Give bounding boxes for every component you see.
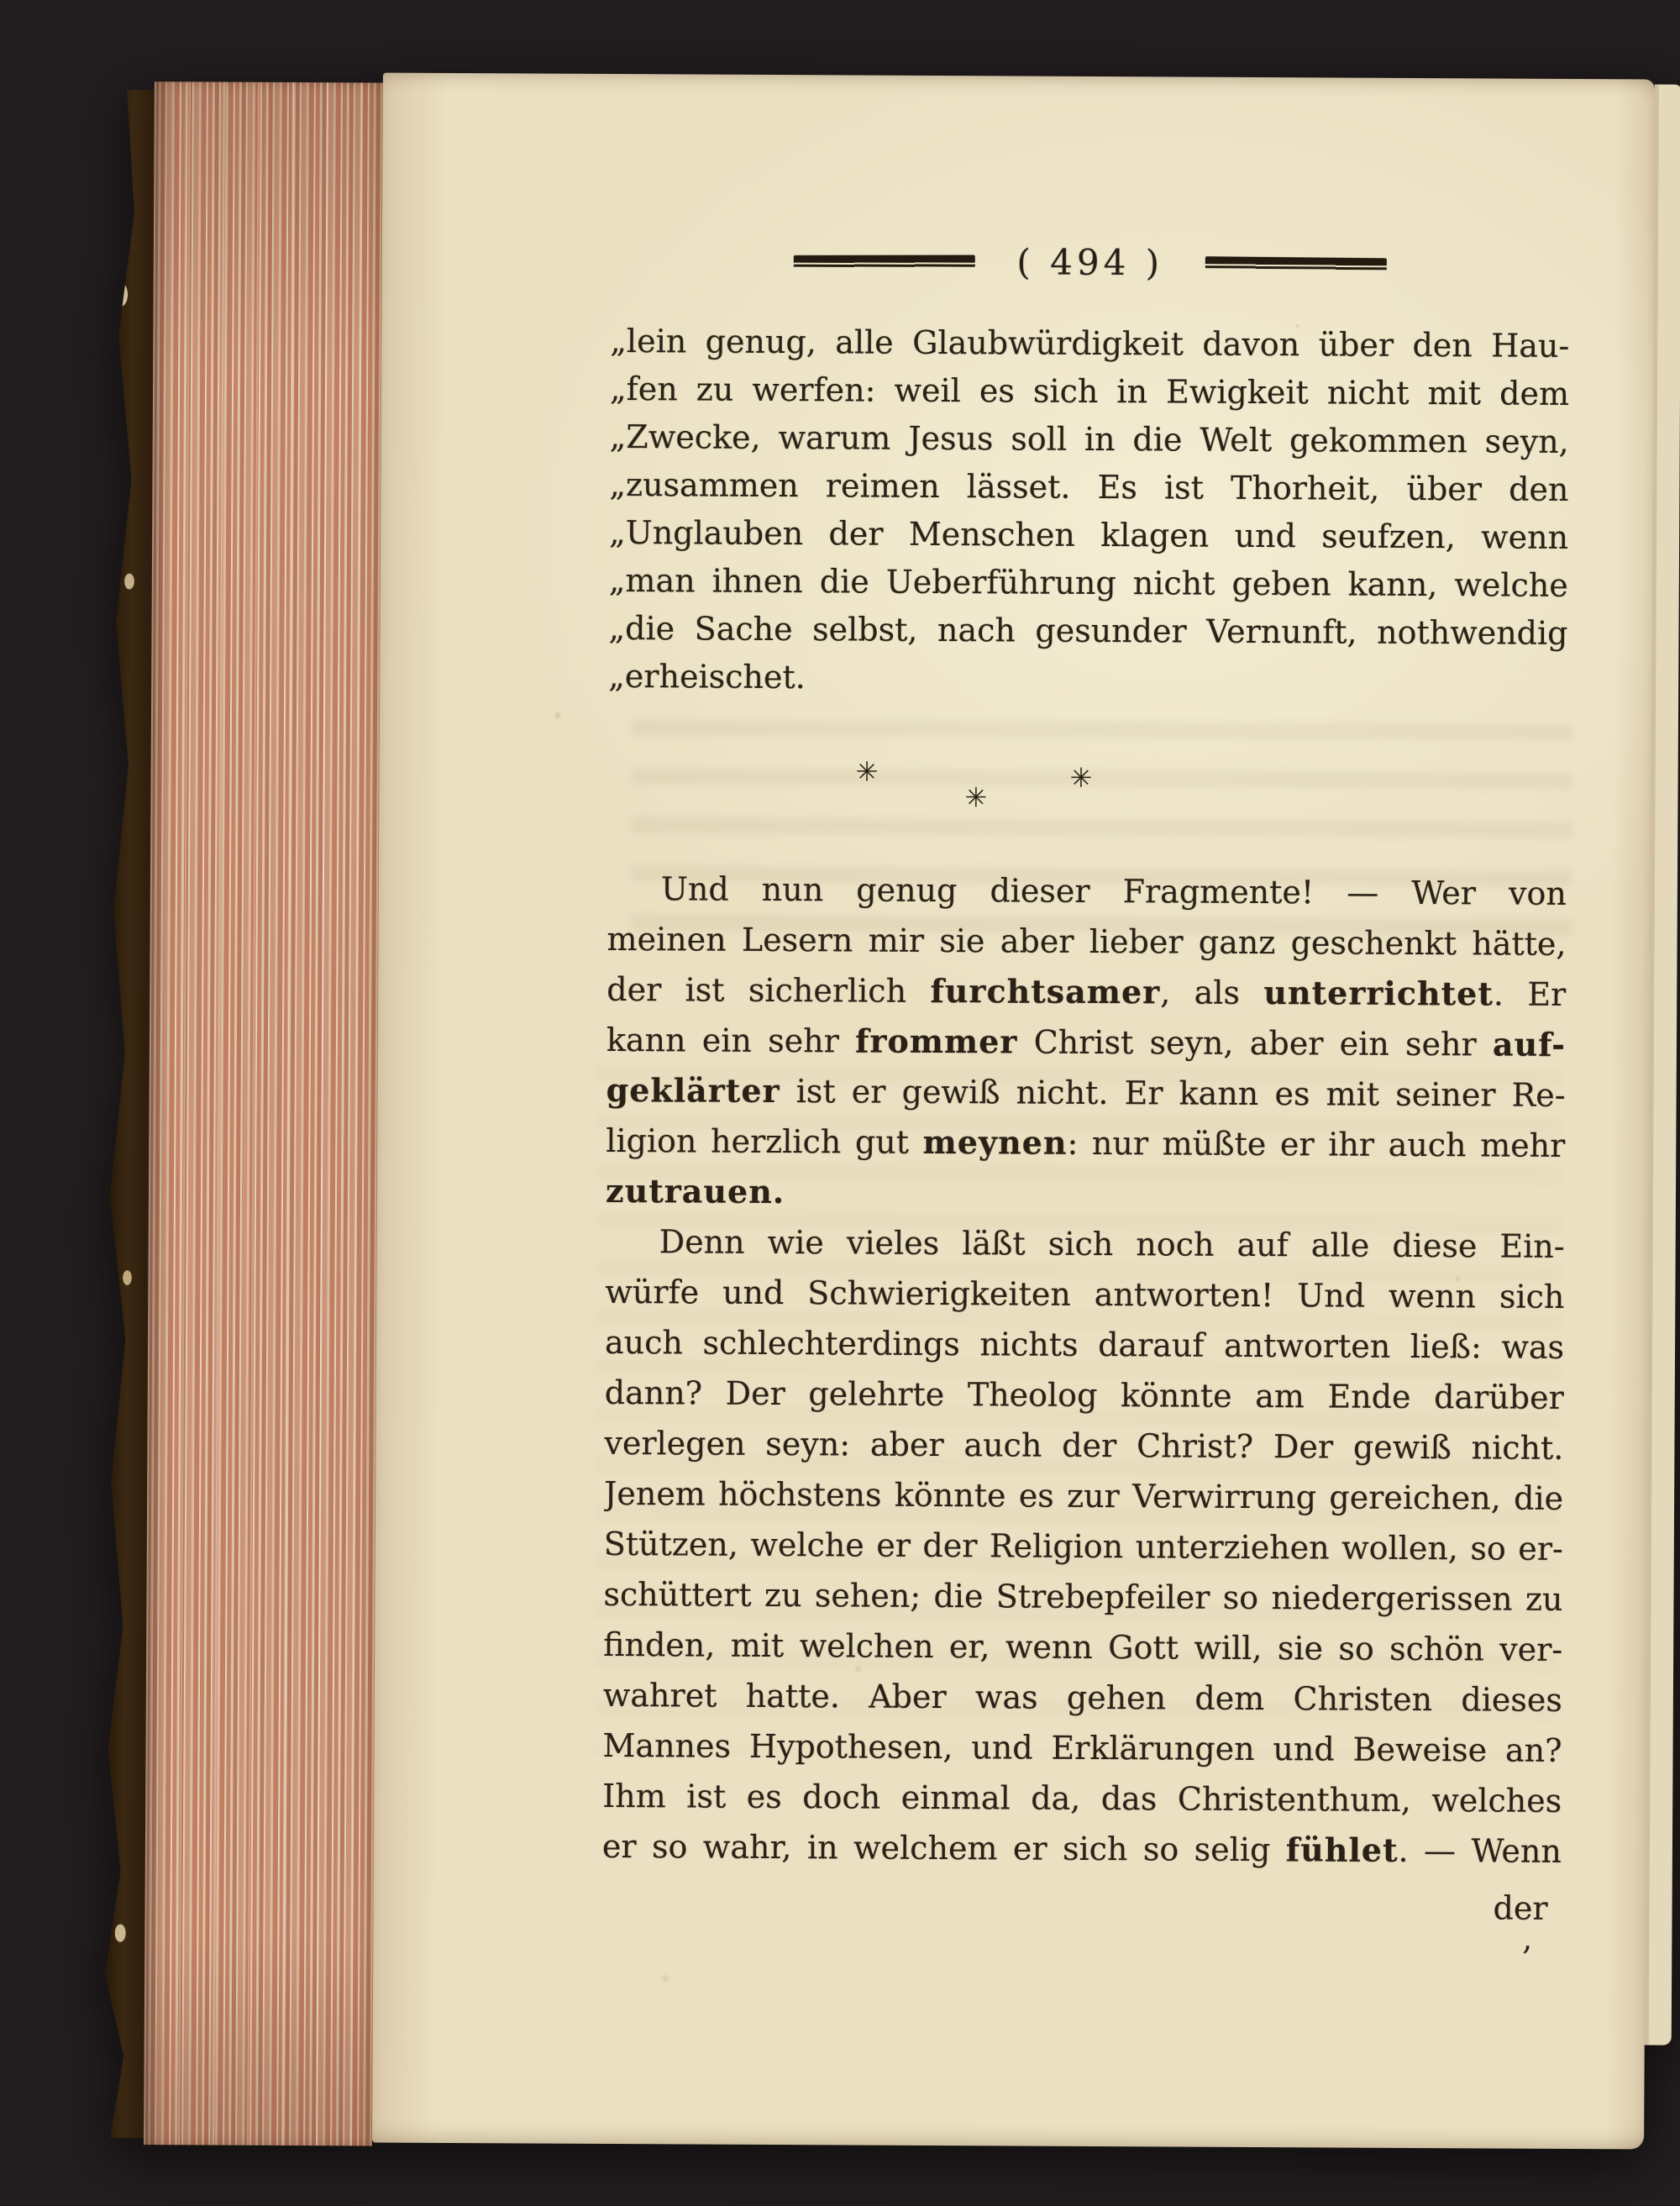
text-segment: auch schlechterdings nichts darauf antwo…: [605, 1324, 1564, 1366]
paragraph: Denn wie vieles läßt sich noch auf alle …: [602, 1216, 1565, 1877]
text-segment: . — Wenn: [1398, 1832, 1562, 1870]
text-line: schüttert zu sehen; die Strebepfeiler so…: [603, 1569, 1562, 1625]
text-line: wahret hatte. Aber was gehen dem Christe…: [603, 1670, 1562, 1725]
red-page-edges: [144, 81, 383, 2146]
text-line: auch schlechterdings nichts darauf antwo…: [605, 1317, 1564, 1373]
text-line: „die Sache selbst, nach gesunder Vernunf…: [608, 605, 1567, 658]
text-line: „lein genug, alle Glaubwürdigkeit davon …: [610, 318, 1569, 370]
text-segment: : nur müßte er ihr auch mehr: [1067, 1125, 1565, 1164]
text-segment: Christ seyn, aber ein sehr: [1017, 1024, 1493, 1064]
text-line: „erheischet.: [608, 653, 1567, 706]
body-paragraphs: Und nun genug dieser Fragmente! — Wer vo…: [602, 864, 1567, 1877]
text-line: „fen zu werfen: weil es sich in Ewigkeit…: [610, 365, 1569, 418]
text-line: „Unglauben der Menschen klagen und seufz…: [609, 509, 1568, 562]
page-header: ( 494 ): [611, 240, 1570, 284]
text-line: verlegen seyn: aber auch der Christ? Der…: [604, 1418, 1563, 1473]
text-segment: „Unglauben der Menschen klagen und seufz…: [609, 514, 1568, 556]
text-segment: ist er gewiß nicht. Er kann es mit seine…: [780, 1073, 1565, 1114]
text-line: geklärter ist er gewiß nicht. Er kann es…: [606, 1065, 1565, 1121]
text-segment: schüttert zu sehen; die Strebepfeiler so…: [603, 1576, 1562, 1618]
text-segment: Ihm ist es doch einmal da, das Christent…: [602, 1778, 1562, 1820]
text-segment: „fen zu werfen: weil es sich in Ewigkeit…: [610, 370, 1569, 412]
emphasized-text: frommer: [855, 1022, 1018, 1061]
text-segment: der ist sicherlich: [606, 971, 930, 1010]
text-segment: Stützen, welche er der Religion unterzie…: [604, 1526, 1563, 1568]
text-segment: ligion herzlich gut: [606, 1122, 923, 1161]
text-line: Und nun genug dieser Fragmente! — Wer vo…: [607, 864, 1567, 919]
emphasized-text: zutrauen.: [606, 1172, 785, 1211]
text-segment: . Er: [1494, 975, 1567, 1012]
page-number: ( 494 ): [1016, 241, 1163, 283]
paragraph: Und nun genug dieser Fragmente! — Wer vo…: [606, 864, 1567, 1221]
text-segment: „Zwecke, warum Jesus soll in die Welt ge…: [610, 418, 1569, 460]
book-page: ( 494 ) „lein genug, alle Glaubwürdigkei…: [372, 73, 1655, 2150]
text-line: finden, mit welchen er, wenn Gott will, …: [603, 1620, 1562, 1675]
text-segment: wahret hatte. Aber was gehen dem Christe…: [603, 1677, 1562, 1719]
text-line: „Zwecke, warum Jesus soll in die Welt ge…: [610, 413, 1569, 466]
double-rule-icon: [793, 255, 974, 267]
text-segment: dann? Der gelehrte Theolog könnte am End…: [605, 1374, 1564, 1416]
text-line: kann ein sehr frommer Christ seyn, aber …: [606, 1015, 1566, 1070]
text-segment: „erheischet.: [608, 658, 806, 696]
emphasized-text: meynen: [923, 1123, 1068, 1162]
text-segment: Denn wie vieles läßt sich noch auf alle …: [659, 1223, 1565, 1265]
text-segment: Und nun genug dieser Fragmente! — Wer vo…: [661, 870, 1567, 912]
text-line: zutrauen.: [606, 1166, 1565, 1221]
quoted-passage: „lein genug, alle Glaubwürdigkeit davon …: [608, 318, 1569, 706]
text-column: ( 494 ) „lein genug, alle Glaubwürdigkei…: [601, 74, 1571, 1957]
text-segment: , als: [1160, 974, 1263, 1011]
text-segment: verlegen seyn: aber auch der Christ? Der…: [604, 1425, 1563, 1467]
text-line: Denn wie vieles läßt sich noch auf alle …: [606, 1216, 1565, 1272]
text-line: der ist sicherlich furchtsamer, als unte…: [606, 964, 1566, 1020]
text-segment: „die Sache selbst, nach gesunder Vernunf…: [608, 610, 1567, 652]
catchword-mark: ,: [601, 1915, 1561, 1957]
text-segment: kann ein sehr: [606, 1022, 855, 1060]
text-segment: „man ihnen die Ueberführung nicht geben …: [609, 562, 1568, 604]
text-line: Ihm ist es doch einmal da, das Christent…: [602, 1771, 1562, 1826]
text-segment: würfe und Schwierigkeiten antworten! Und…: [605, 1274, 1564, 1316]
emphasized-text: fühlet: [1286, 1830, 1399, 1869]
text-line: „zusammen reimen lässet. Es ist Thorheit…: [609, 461, 1568, 514]
text-segment: er so wahr, in welchem er sich so selig: [602, 1828, 1286, 1868]
asterisk-icon: ✳: [964, 781, 987, 813]
text-segment: meinen Lesern mir sie aber lieber ganz g…: [606, 921, 1566, 963]
asterisk-icon: ✳: [1070, 762, 1093, 794]
text-segment: Mannes Hypothesen, und Erklärungen und B…: [602, 1727, 1562, 1769]
asterisk-icon: ✳: [856, 756, 879, 788]
emphasized-text: geklärter: [606, 1071, 780, 1110]
double-rule-icon: [1205, 256, 1387, 270]
text-segment: „lein genug, alle Glaubwürdigkeit davon …: [610, 323, 1569, 365]
text-line: dann? Der gelehrte Theolog könnte am End…: [605, 1368, 1564, 1423]
text-line: Jenem höchstens könnte es zur Verwirrung…: [604, 1468, 1563, 1524]
text-segment: Jenem höchstens könnte es zur Verwirrung…: [604, 1475, 1563, 1517]
text-segment: „zusammen reimen lässet. Es ist Thorheit…: [609, 466, 1568, 508]
emphasized-text: furchtsamer: [930, 972, 1160, 1011]
emphasized-text: auf-: [1493, 1025, 1566, 1063]
text-line: meinen Lesern mir sie aber lieber ganz g…: [606, 914, 1566, 969]
text-line: ligion herzlich gut meynen: nur müßte er…: [606, 1116, 1565, 1171]
text-line: Mannes Hypothesen, und Erklärungen und B…: [602, 1720, 1562, 1776]
text-line: „man ihnen die Ueberführung nicht geben …: [609, 557, 1568, 610]
photo-backdrop: { "page": { "number_display": "( 494 )",…: [0, 0, 1680, 2206]
asterisk-separator: ✳✳✳: [607, 748, 1567, 825]
text-line: er so wahr, in welchem er sich so selig …: [602, 1821, 1562, 1877]
text-line: würfe und Schwierigkeiten antworten! Und…: [605, 1267, 1564, 1322]
text-segment: finden, mit welchen er, wenn Gott will, …: [603, 1626, 1562, 1668]
emphasized-text: unterrichtet: [1263, 974, 1494, 1012]
text-line: Stützen, welche er der Religion unterzie…: [604, 1519, 1563, 1574]
book: ( 494 ) „lein genug, alle Glaubwürdigkei…: [95, 70, 1680, 2160]
